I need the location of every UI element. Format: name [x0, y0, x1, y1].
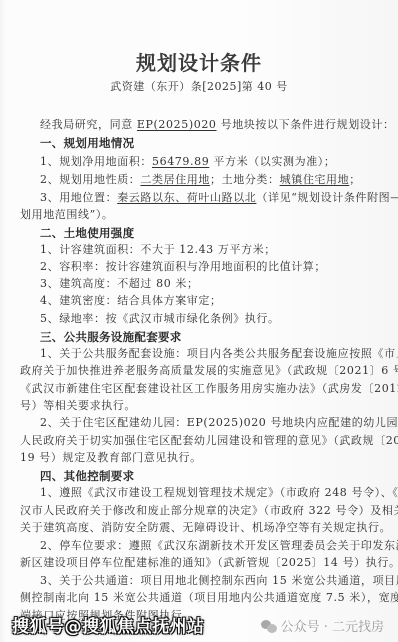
section-1-heading: 一、规划用地情况 — [40, 136, 134, 150]
s4-item-1-line-3: 关于建筑高度、消防安全防震、无障碍设计、机场净空等有关规定执行。 — [20, 521, 391, 535]
wechat-icon — [261, 620, 277, 633]
s2-item-3: 3、建筑高度：不超过 80 米； — [40, 277, 199, 291]
s4-item-2-line-2: 新区建设项目停车位配建标准的通知》（武新管规〔2025〕14 号）执行。 — [20, 556, 398, 570]
s4-item-3-line-1: 3、关于公共通道：项目用地北侧控制东西向 15 米宽公共通道，项目用地西 — [40, 574, 398, 588]
s3-item-1-line-2: 政府关于加快推进养老服务高质量发展的实施意见》（武政规〔2021〕6 号）、 — [20, 364, 398, 378]
wechat-watermark: 公众号 · 二元找房 — [261, 616, 384, 635]
net-land-area: 56479.89 — [152, 155, 209, 168]
s4-item-2-line-1: 2、停车位要求：遵照《武汉东湖新技术开发区管理委员会关于印发东湖高 — [40, 539, 398, 553]
land-classification: 城镇住宅用地 — [280, 173, 350, 186]
section-2-heading: 二、土地使用强度 — [40, 226, 134, 240]
parcel-code: EP(2025)020 — [137, 118, 217, 131]
s3-item-2-line-3: 19 号）规定及教育部门意见执行。 — [20, 451, 202, 465]
s4-item-1-line-1: 1、遵照《武汉市建设工程规划管理技术规定》（市政府 248 号令）、《武 — [40, 486, 398, 500]
document-page: 规划设计条件 武资建（东开）条[2025]第 40 号 经我局研究，同意 EP(… — [0, 0, 398, 642]
s4-item-3-line-2: 侧控制南北向 15 米宽公共通道（项目用地内公共通道宽度 7.5 米），宽度和两 — [20, 591, 398, 605]
s1-item-3: 3、用地位置：秦云路以东、荷叶山路以北（详见“规划设计条件附图—规 — [40, 191, 398, 205]
s3-item-1-line-1: 1、关于公共服务配套设施：项目内各类公共服务配套设施应按照《市人民 — [40, 347, 398, 361]
s4-item-1-line-2: 汉市人民政府关于修改和废止部分规章的决定》（市政府 322 号令）及相关部门 — [20, 504, 398, 518]
document-number: 武资建（东开）条[2025]第 40 号 — [0, 78, 398, 94]
land-use-nature: 二类居住用地 — [140, 173, 210, 186]
s1-item-2: 2、规划用地性质：二类居住用地；土地分类：城镇住宅用地； — [40, 173, 361, 187]
section-4-heading: 四、其他控制要求 — [40, 469, 134, 483]
land-location: 秦云路以东、荷叶山路以北 — [117, 191, 256, 204]
intro-line: 经我局研究，同意 EP(2025)020 号地块按以下条件进行规划设计： — [40, 118, 395, 132]
sohu-watermark: 搜狐号@搜狐焦点抚州站 — [12, 612, 205, 637]
s1-item-3-cont: 划用地范围线”）。 — [20, 208, 114, 222]
s3-item-1-line-4: 号）等相关要求执行。 — [20, 399, 136, 413]
s2-item-2: 2、容积率：按计容建筑面积与净用地面积的比值计算； — [40, 260, 326, 274]
section-3-heading: 三、公共服务设施配套要求 — [40, 330, 182, 344]
s2-item-1: 1、计容建筑面积：不大于 12.43 万平方米； — [40, 243, 276, 257]
s2-item-4: 4、建筑密度：结合具体方案审定； — [40, 294, 222, 308]
s1-item-1: 1、规划净用地面积：56479.89 平方米（以实测为准）； — [40, 155, 336, 169]
s2-item-5: 5、绿地率：按《武汉市城市绿化条例》执行。 — [40, 312, 280, 326]
document-title: 规划设计条件 — [0, 47, 398, 76]
s3-item-2-line-1: 2、关于住宅区配建幼儿园：EP(2025)020 号地块内应配建的幼儿园按照《市 — [40, 416, 398, 430]
s3-item-1-line-3: 《武汉市新建住宅区配套建设社区工作服务用房实施办法》（武房发〔2012〕190 — [20, 382, 398, 396]
s3-item-2-line-2: 人民政府关于切实加强住宅区配套幼儿园建设和管理的意见》（武政规〔2023〕 — [20, 434, 398, 448]
